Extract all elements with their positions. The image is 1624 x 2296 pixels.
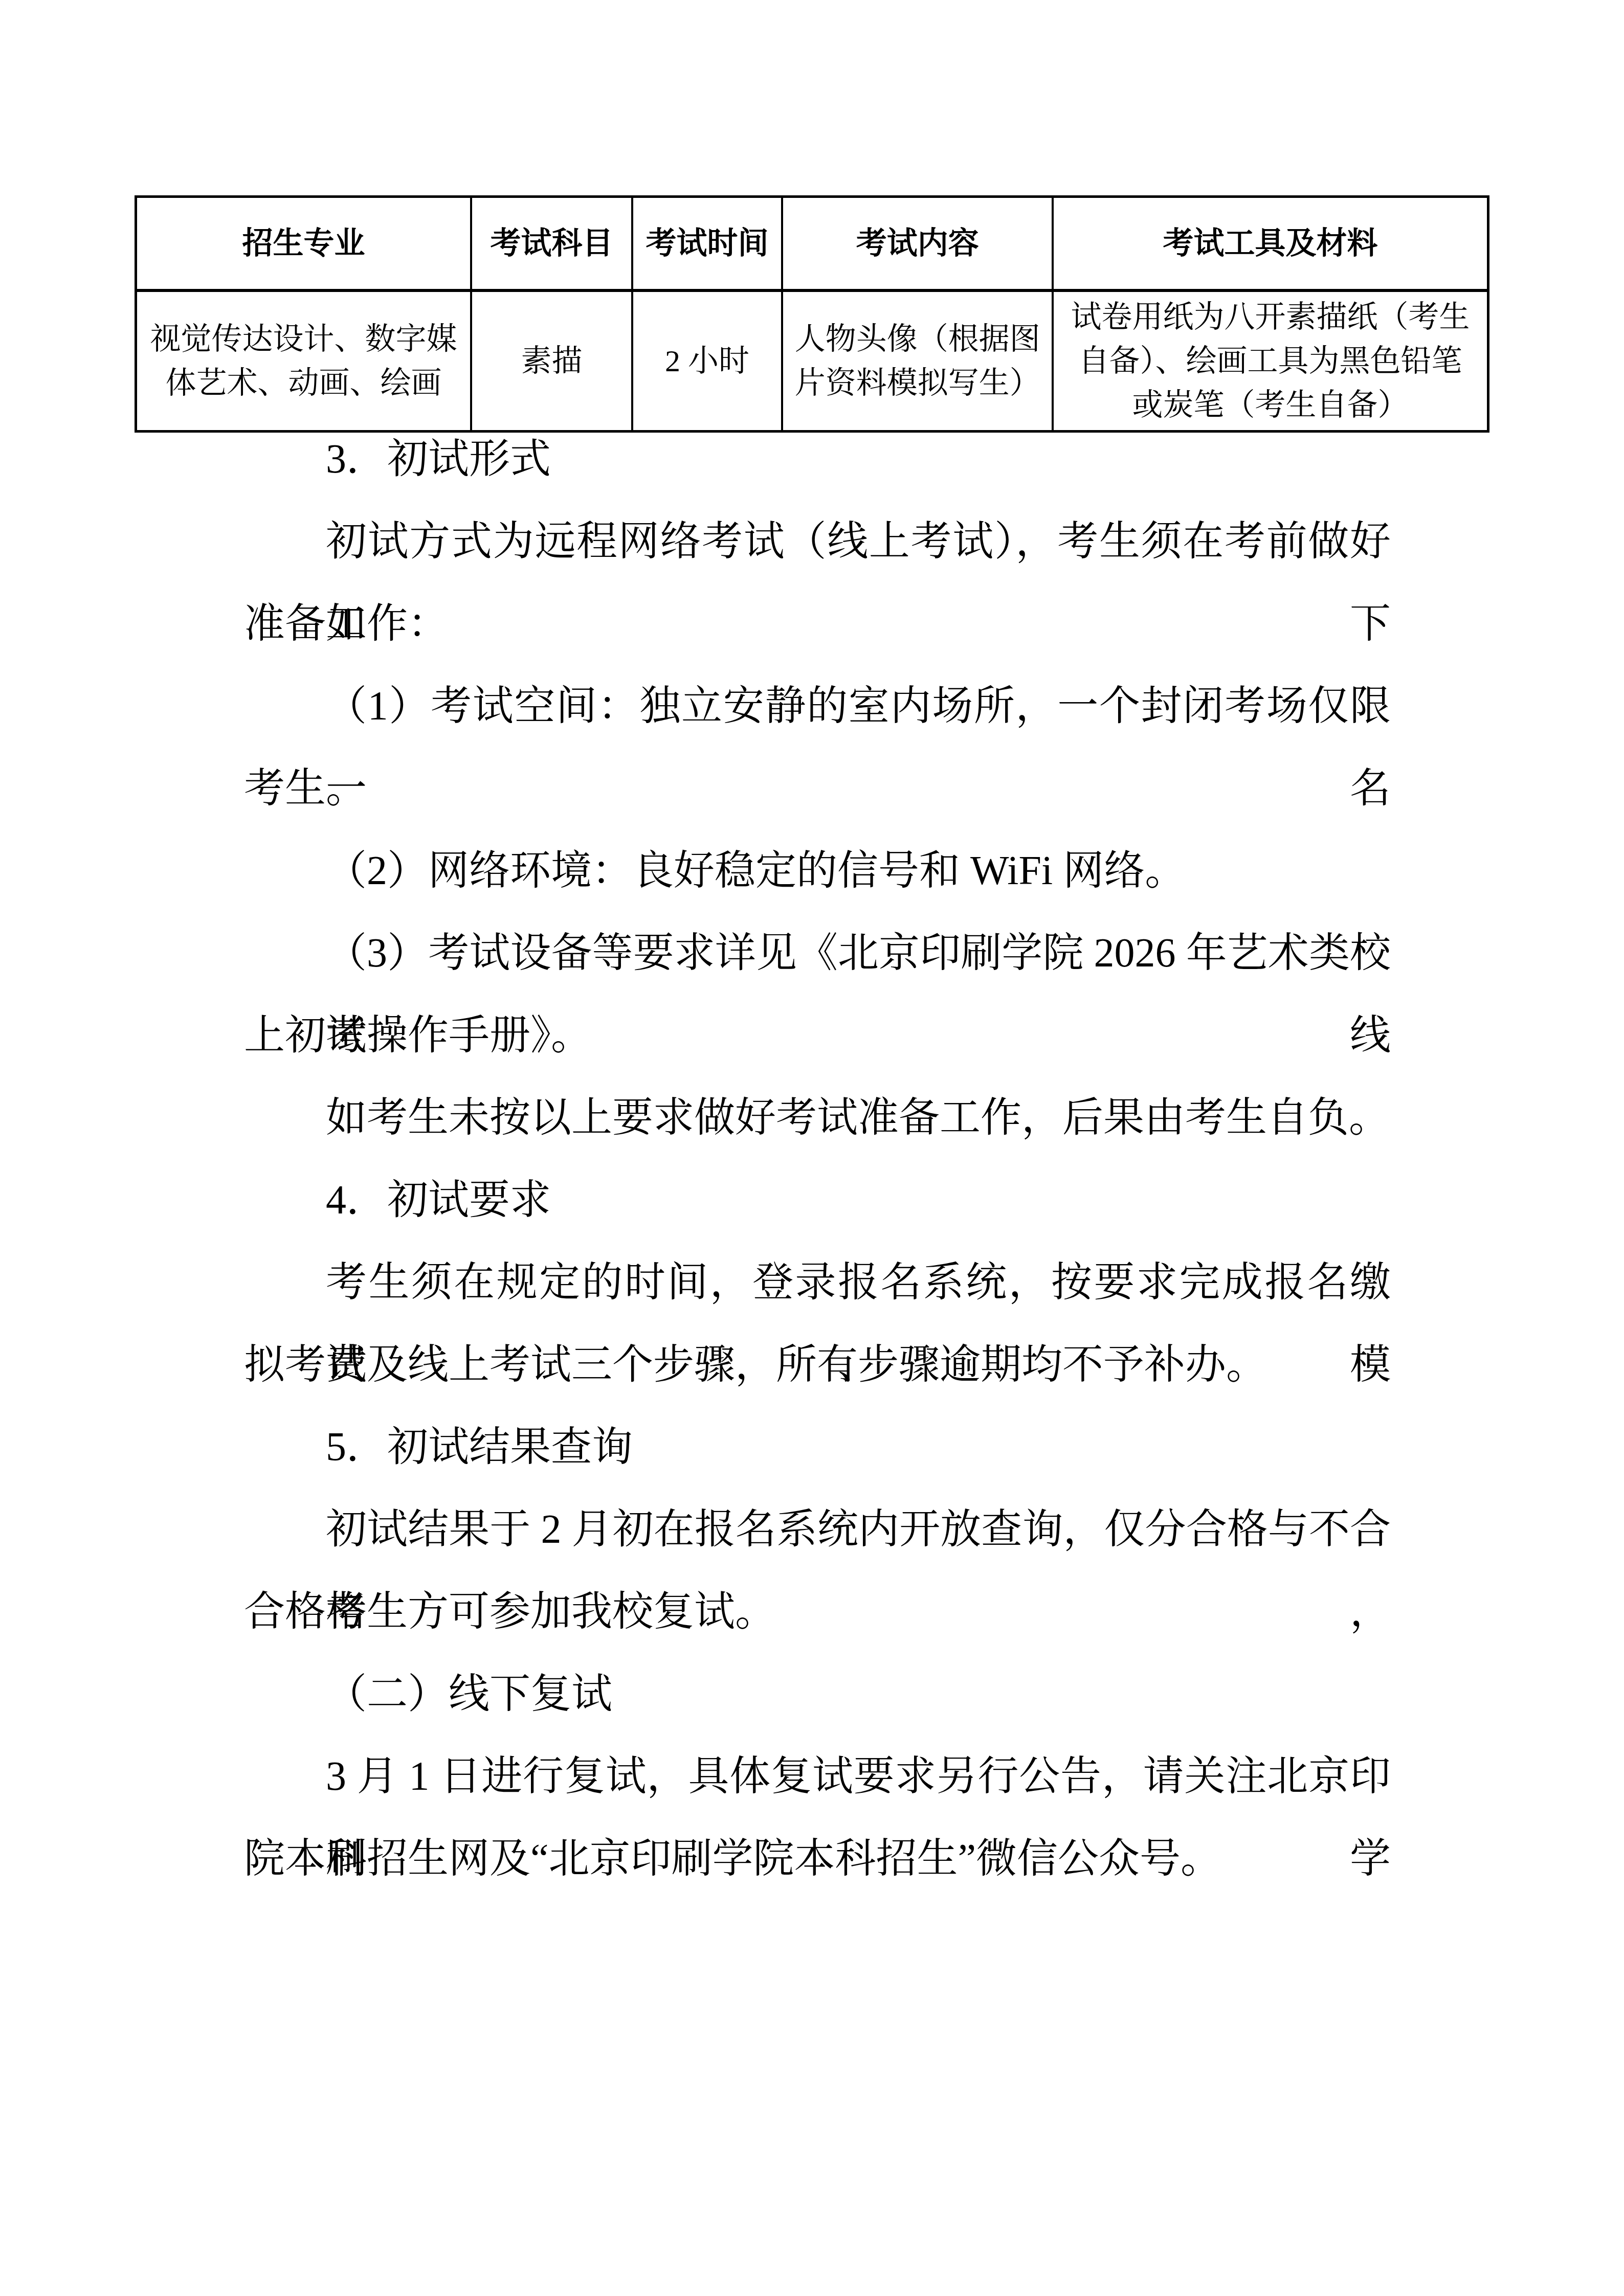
table-header-cell: 考试时间 — [632, 197, 782, 291]
paragraph-line: 拟考试及线上考试三个步骤，所有步骤逾期均不予补办。 — [244, 1324, 1391, 1406]
table-cell-line: 试卷用纸为八开素描纸（考生 — [1060, 295, 1481, 339]
table-header-row: 招生专业考试科目考试时间考试内容考试工具及材料 — [136, 197, 1488, 291]
paragraph-line: （2）网络环境：良好稳定的信号和 WiFi 网络。 — [244, 830, 1391, 912]
paragraph-line: 考生须在规定的时间，登录报名系统，按要求完成报名缴费、模 — [244, 1242, 1391, 1324]
paragraph-line: （二）线下复试 — [244, 1653, 1391, 1736]
table-header-cell: 考试工具及材料 — [1053, 197, 1488, 291]
table-cell-line: 2 小时 — [639, 339, 775, 383]
paragraph-line: 初试结果于 2 月初在报名系统内开放查询，仅分合格与不合格， — [244, 1489, 1391, 1571]
paragraph-line: 院本科招生网及“北京印刷学院本科招生”微信公众号。 — [244, 1818, 1391, 1900]
table-header-cell: 考试科目 — [471, 197, 632, 291]
paragraph-line: 3．初试形式 — [244, 418, 1391, 501]
paragraph-line: 如考生未按以上要求做好考试准备工作，后果由考生自负。 — [244, 1077, 1391, 1159]
paragraph-line: 初试方式为远程网络考试（线上考试），考生须在考前做好如下 — [244, 501, 1391, 583]
paragraph-line: 3 月 1 日进行复试，具体复试要求另行公告，请关注北京印刷学 — [244, 1736, 1391, 1818]
table-header-cell: 招生专业 — [136, 197, 472, 291]
table-cell: 2 小时 — [632, 290, 782, 432]
table-cell-line: 素描 — [478, 339, 625, 383]
table-cell: 人物头像（根据图片资料模拟写生） — [782, 290, 1053, 432]
exam-info-table-wrap: 招生专业考试科目考试时间考试内容考试工具及材料 视觉传达设计、数字媒体艺术、动画… — [135, 195, 1489, 433]
table-head: 招生专业考试科目考试时间考试内容考试工具及材料 — [136, 197, 1488, 291]
paragraph-line: 5．初试结果查询 — [244, 1406, 1391, 1489]
table-cell: 视觉传达设计、数字媒体艺术、动画、绘画 — [136, 290, 472, 432]
exam-info-table: 招生专业考试科目考试时间考试内容考试工具及材料 视觉传达设计、数字媒体艺术、动画… — [135, 195, 1489, 433]
table-row: 视觉传达设计、数字媒体艺术、动画、绘画素描2 小时人物头像（根据图片资料模拟写生… — [136, 290, 1488, 432]
table-cell-line: 体艺术、动画、绘画 — [143, 361, 464, 405]
paragraph-line: （1）考试空间：独立安静的室内场所，一个封闭考场仅限一名 — [244, 665, 1391, 748]
paragraph-line: （3）考试设备等要求详见《北京印刷学院 2026 年艺术类校考线 — [244, 912, 1391, 995]
table-cell: 素描 — [471, 290, 632, 432]
table-cell-line: 自备）、绘画工具为黑色铅笔 — [1060, 339, 1481, 383]
table-cell-line: 片资料模拟写生） — [789, 361, 1045, 405]
document-body: 3．初试形式初试方式为远程网络考试（线上考试），考生须在考前做好如下准备工作：（… — [244, 418, 1391, 1900]
table-body: 视觉传达设计、数字媒体艺术、动画、绘画素描2 小时人物头像（根据图片资料模拟写生… — [136, 290, 1488, 432]
paragraph-line: 4．初试要求 — [244, 1159, 1391, 1242]
table-header-cell: 考试内容 — [782, 197, 1053, 291]
table-cell-line: 视觉传达设计、数字媒 — [143, 317, 464, 361]
document-page: 招生专业考试科目考试时间考试内容考试工具及材料 视觉传达设计、数字媒体艺术、动画… — [0, 0, 1624, 2296]
table-cell-line: 人物头像（根据图 — [789, 317, 1045, 361]
table-cell: 试卷用纸为八开素描纸（考生自备）、绘画工具为黑色铅笔或炭笔（考生自备） — [1053, 290, 1488, 432]
